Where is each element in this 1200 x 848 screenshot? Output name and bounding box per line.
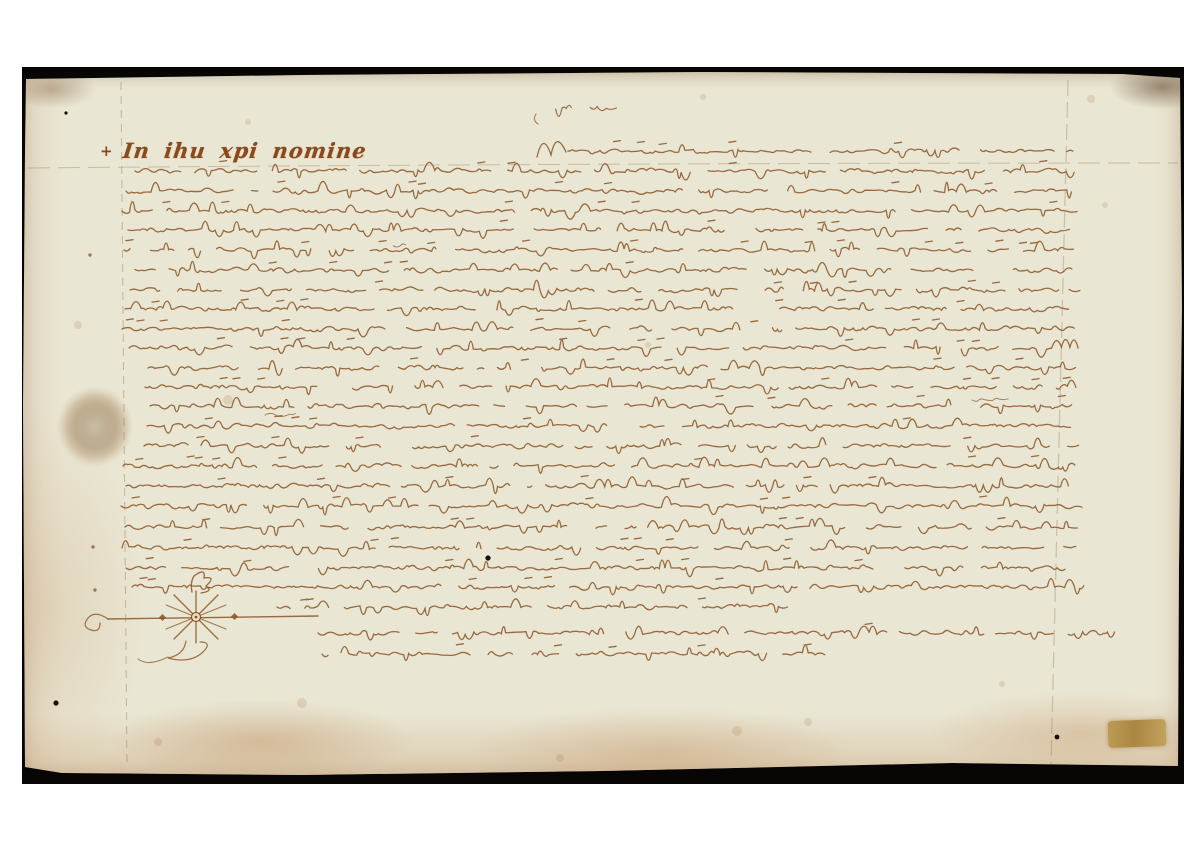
seal-stain	[57, 383, 133, 467]
photographed-manuscript: +In ihu xpi nomine	[0, 0, 1200, 848]
invocation-cross-glyph: +	[100, 142, 113, 160]
worm-holes	[53, 111, 1059, 739]
header-mark-script	[534, 105, 616, 124]
photo-black-backdrop: +In ihu xpi nomine	[22, 67, 1184, 784]
fold-creases	[28, 80, 1178, 766]
interlinear-superscripts	[265, 244, 1008, 417]
body-text-script	[121, 141, 1084, 595]
opening-words-text: In ihu xpi nomine	[121, 138, 368, 163]
notary-signum	[85, 572, 318, 663]
parchment-sheet: +In ihu xpi nomine	[22, 67, 1184, 784]
closing-lines-script	[277, 598, 1115, 661]
opening-invocation: +In ihu xpi nomine	[100, 138, 366, 163]
adhesive-patch	[1108, 719, 1167, 748]
handwriting-layer	[22, 67, 1184, 784]
parchment-aging-texture	[22, 67, 1184, 784]
foxing-spots	[74, 94, 1108, 762]
